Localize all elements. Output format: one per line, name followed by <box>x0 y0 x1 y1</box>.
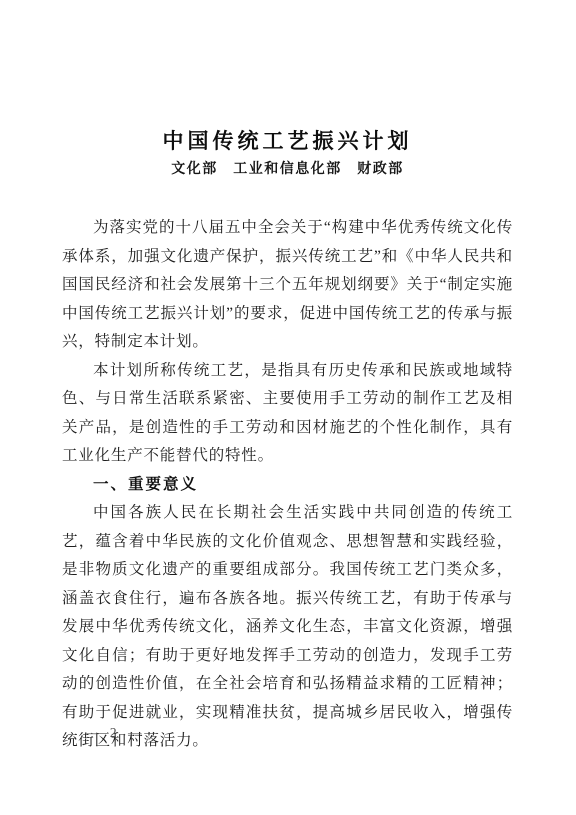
section-1-paragraph-1: 中国各族人民在长期社会生活实践中共同创造的传统工艺，蕴含着中华民族的文化价值观念… <box>62 499 513 756</box>
intro-paragraph-2: 本计划所称传统工艺，是指具有历史传承和民族或地域特色、与日常生活联系紧密、主要使… <box>62 357 513 471</box>
page-number: — 2 — <box>85 725 146 741</box>
intro-paragraph-1: 为落实党的十八届五中全会关于“构建中华优秀传统文化传承体系，加强文化遗产保护，振… <box>62 214 513 357</box>
document-body: 为落实党的十八届五中全会关于“构建中华优秀传统文化传承体系，加强文化遗产保护，振… <box>62 214 513 756</box>
document-title: 中国传统工艺振兴计划 <box>62 127 513 155</box>
document-page: 中国传统工艺振兴计划 文化部 工业和信息化部 财政部 为落实党的十八届五中全会关… <box>0 0 576 815</box>
document-issuers: 文化部 工业和信息化部 财政部 <box>62 162 513 178</box>
section-1-heading: 一、重要意义 <box>62 471 513 500</box>
